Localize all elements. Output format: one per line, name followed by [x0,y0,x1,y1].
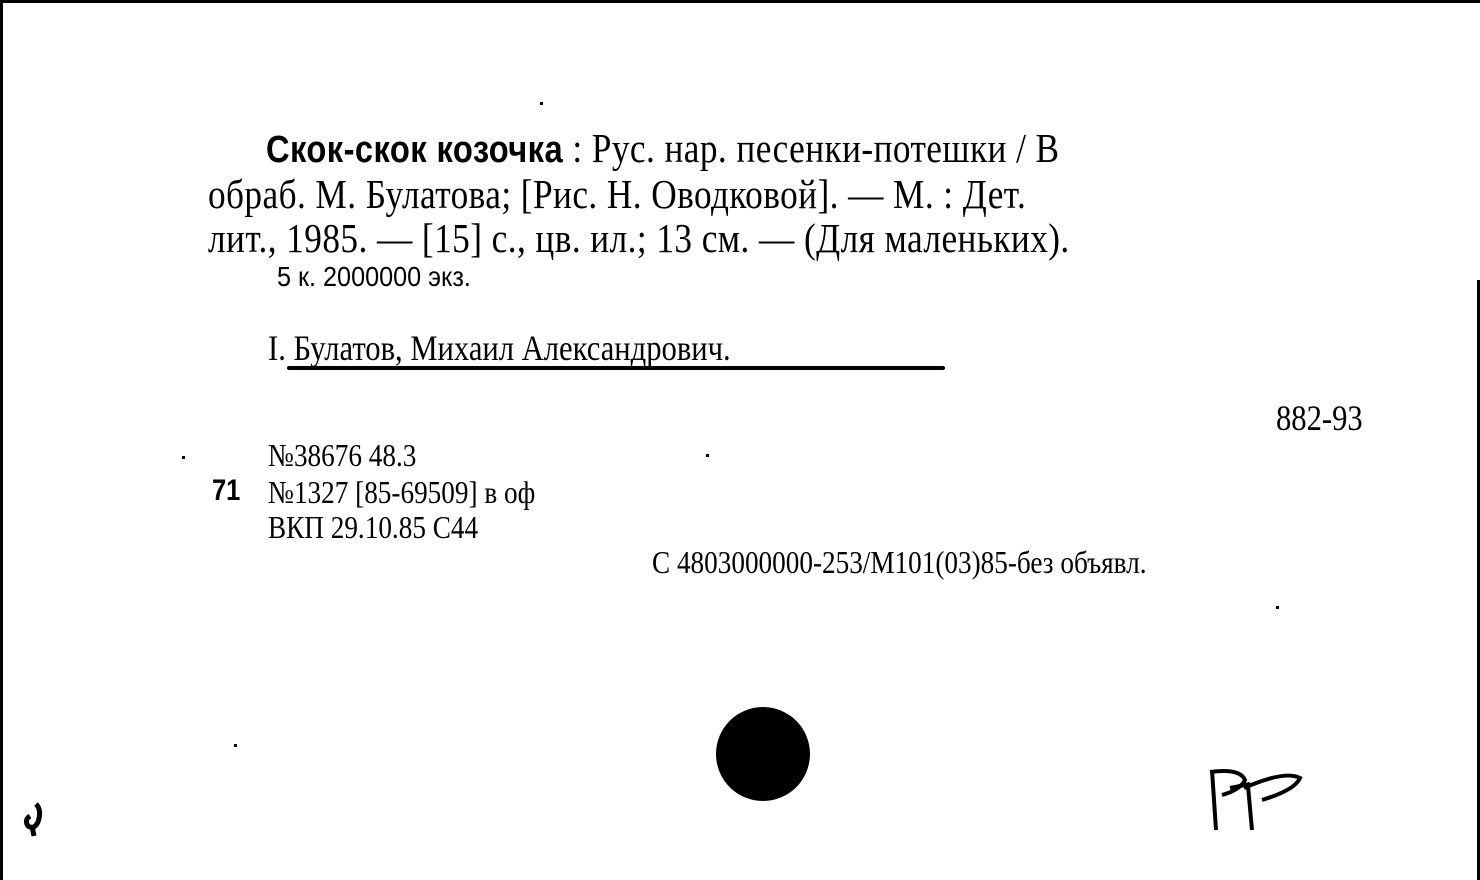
speck [234,744,237,747]
registration-line-1: №38676 48.3 [268,439,416,471]
handwritten-initials-icon [1200,760,1320,840]
ink-mark-icon [20,800,50,850]
speck [706,454,709,457]
registration-prefix: 71 [212,476,240,506]
registration-line-2: №1327 [85-69509] в оф [268,476,535,508]
publisher-code: С 4803000000-253/М101(03)85-без объявл. [652,546,1147,578]
added-entry: I. Булатов, Михаил Александрович. [268,330,731,366]
book-title: Скок-скок козочка [266,129,563,171]
card-border [0,0,1480,3]
speck [1276,606,1279,609]
title-line: Скок-скок козочка : Рус. нар. песенки-по… [266,128,1059,169]
speck [182,456,185,459]
publication-line: лит., 1985. — [15] с., цв. ил.; 13 см. —… [208,218,1070,259]
speck [540,102,543,105]
punch-hole [716,707,810,801]
class-number: 882-93 [1276,400,1363,436]
title-statement: : Рус. нар. песенки-потешки / В [563,125,1059,171]
added-entry-underline [287,366,945,370]
card-border [0,0,3,880]
responsibility-line: обраб. М. Булатова; [Рис. Н. Оводковой].… [208,174,1026,215]
registration-line-3: ВКП 29.10.85 С44 [268,511,478,543]
price-run-line: 5 к. 2000000 экз. [277,263,471,291]
